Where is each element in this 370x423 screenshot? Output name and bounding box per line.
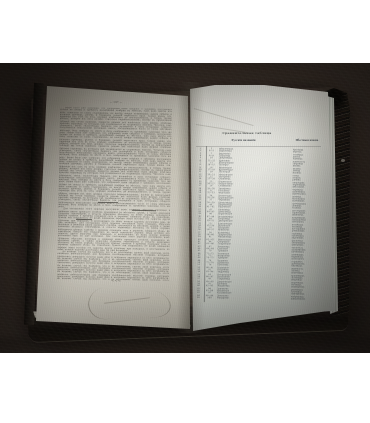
book-photo: — 197 — Выше было уже замѣчено, что собр… [0,63,370,353]
comparison-table: 13Абадзехскаябрусника24—5Барсуковкаверес… [194,148,321,301]
column-header-left: Русскія названія [218,140,269,143]
pencil-scribble [127,286,173,322]
left-page-text: Выше было уже замѣчено, что собранныя на… [57,107,172,281]
column-header-right: Мѣстныя имена [293,140,321,143]
table-rows: 13Абадзехскаябрусника24—5Барсуковкаверес… [194,148,321,301]
page-crease [194,108,254,126]
header-rule [196,146,321,147]
page-number: — 197 — [60,101,172,104]
listing-photo-canvas: — 197 — Выше было уже замѣчено, что собр… [0,0,370,423]
table-title: Сравнительная таблица [197,132,297,136]
end-of-chapter-ornament: ∿∿∿ [100,280,132,283]
table-edge-shadow [0,333,370,353]
left-page: — 197 — Выше было уже замѣчено, что собр… [36,86,190,329]
table-row: 65100Макарьевошикшевникъ [194,297,319,301]
table-column-headers: Русскія названія Мѣстныя имена [196,140,321,143]
right-page: Сравнительная таблица Русскія названія М… [189,84,336,332]
